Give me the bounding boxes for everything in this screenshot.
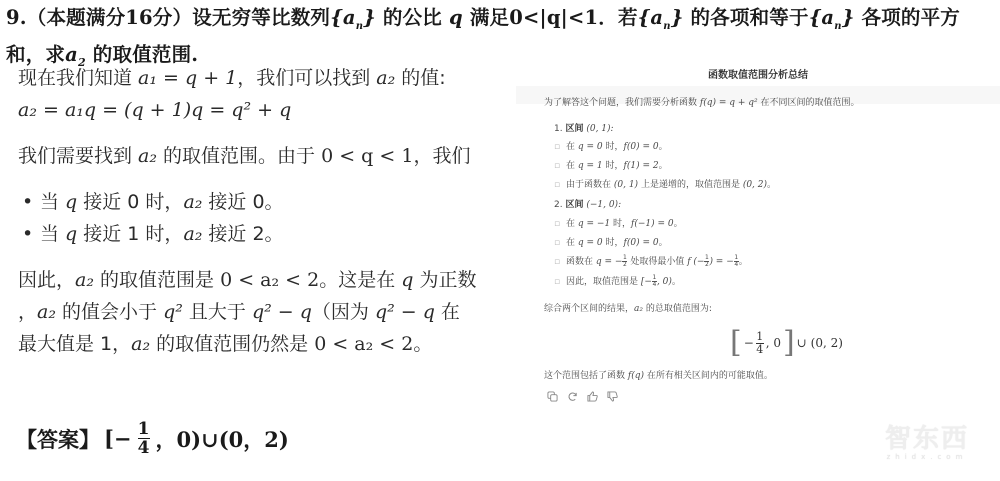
section-1-item: 在 q = 1 时，f(1) = 2。 (566, 159, 668, 173)
panel-intro: 为了解答这个问题，我们需要分析函数 f(q) = q + q² 在不同区间的取值… (544, 96, 860, 110)
solution-line: ，a₂ 的值会小于 q² 且大于 q² − q（因为 q² − q 在 (18, 296, 518, 328)
sequence-symbol: {an} (330, 6, 376, 29)
section-2-item: 在 q = 0 时，f(0) = 0。 (566, 236, 668, 250)
solution-line: 最大值是 1，a₂ 的取值范围仍然是 0 < a₂ < 2。 (18, 328, 518, 360)
sequence-symbol: {an} (809, 6, 855, 29)
question-text: 的公比 (376, 6, 449, 29)
section-2-item: 在 q = −1 时，f(−1) = 0。 (566, 217, 683, 231)
outro-text: 这个范围包括了函数 f(q) 在所有相关区间内的可能取值。 (544, 369, 773, 383)
question-number: 9. (6, 6, 27, 29)
copy-icon[interactable] (546, 390, 558, 402)
section-2-heading: 2. 区间 (−1, 0): (554, 198, 621, 212)
solution-bullet: 当 q 接近 0 时，a₂ 接近 0。 (18, 186, 518, 218)
ai-solution-text: 现在我们知道 a₁ = q + 1，我们可以找到 a₂ 的值: a₂ = a₁q… (18, 62, 518, 360)
solution-equation: a₂ = a₁q = (q + 1)q = q² + q (18, 94, 518, 126)
q-symbol: q (449, 6, 463, 29)
sequence-symbol: {an} (638, 6, 684, 29)
answer-key: 【答案】 [− 14 ，0)∪(0，2) (16, 420, 289, 457)
solution-line: 因此，a₂ 的取值范围是 0 < a₂ < 2。这是在 q 为正数 (18, 264, 518, 296)
section-1-item: 在 q = 0 时，f(0) = 0。 (566, 140, 668, 154)
question-score: （本题满分16分） (27, 6, 192, 29)
regenerate-icon[interactable] (566, 390, 578, 402)
ai-response-panel: 函数取值范围分析总结 为了解答这个问题，我们需要分析函数 f(q) = q + … (516, 58, 1000, 418)
question-text: 各项的平方 (855, 6, 961, 29)
section-2-item: 函数在 q = −12 处取得最小值 f (−12) = −14。 (566, 255, 748, 269)
answer-label: 【答案】 (16, 424, 100, 454)
fraction: 14 (138, 420, 150, 457)
section-1-heading: 1. 区间 (0, 1): (554, 122, 614, 136)
thumbs-up-icon[interactable] (586, 390, 598, 402)
question-line-1: 9.（本题满分16分）设无穷等比数列{an} 的公比 q 满足0<|q|<1．若… (6, 4, 996, 41)
solution-line: 我们需要找到 a₂ 的取值范围。由于 0 < q < 1，我们 (18, 140, 518, 172)
answer-rest: ，0)∪(0，2) (156, 424, 289, 454)
section-1-item: 由于函数在 (0, 1) 上是递增的，取值范围是 (0, 2)。 (566, 178, 776, 192)
question-text: 满足0<|q|<1．若 (463, 6, 638, 29)
answer-bracket: [− (104, 426, 132, 451)
result-formula: [ − 14 , 0 ] ∪ (0, 2) (730, 328, 843, 358)
combine-text: 综合两个区间的结果，a₂ 的总取值范围为: (544, 302, 712, 316)
watermark-logo: 智东西 zhidx.com (872, 418, 982, 461)
solution-bullet: 当 q 接近 1 时，a₂ 接近 2。 (18, 218, 518, 250)
thumbs-down-icon[interactable] (606, 390, 618, 402)
question-text: 设无穷等比数列 (192, 6, 330, 29)
section-2-item: 因此，取值范围是 [−14, 0)。 (566, 275, 681, 289)
response-actions (546, 390, 618, 402)
panel-title: 函数取值范围分析总结 (516, 66, 1000, 81)
solution-line: 现在我们知道 a₁ = q + 1，我们可以找到 a₂ 的值: (18, 62, 518, 94)
question-text: 的各项和等于 (683, 6, 808, 29)
